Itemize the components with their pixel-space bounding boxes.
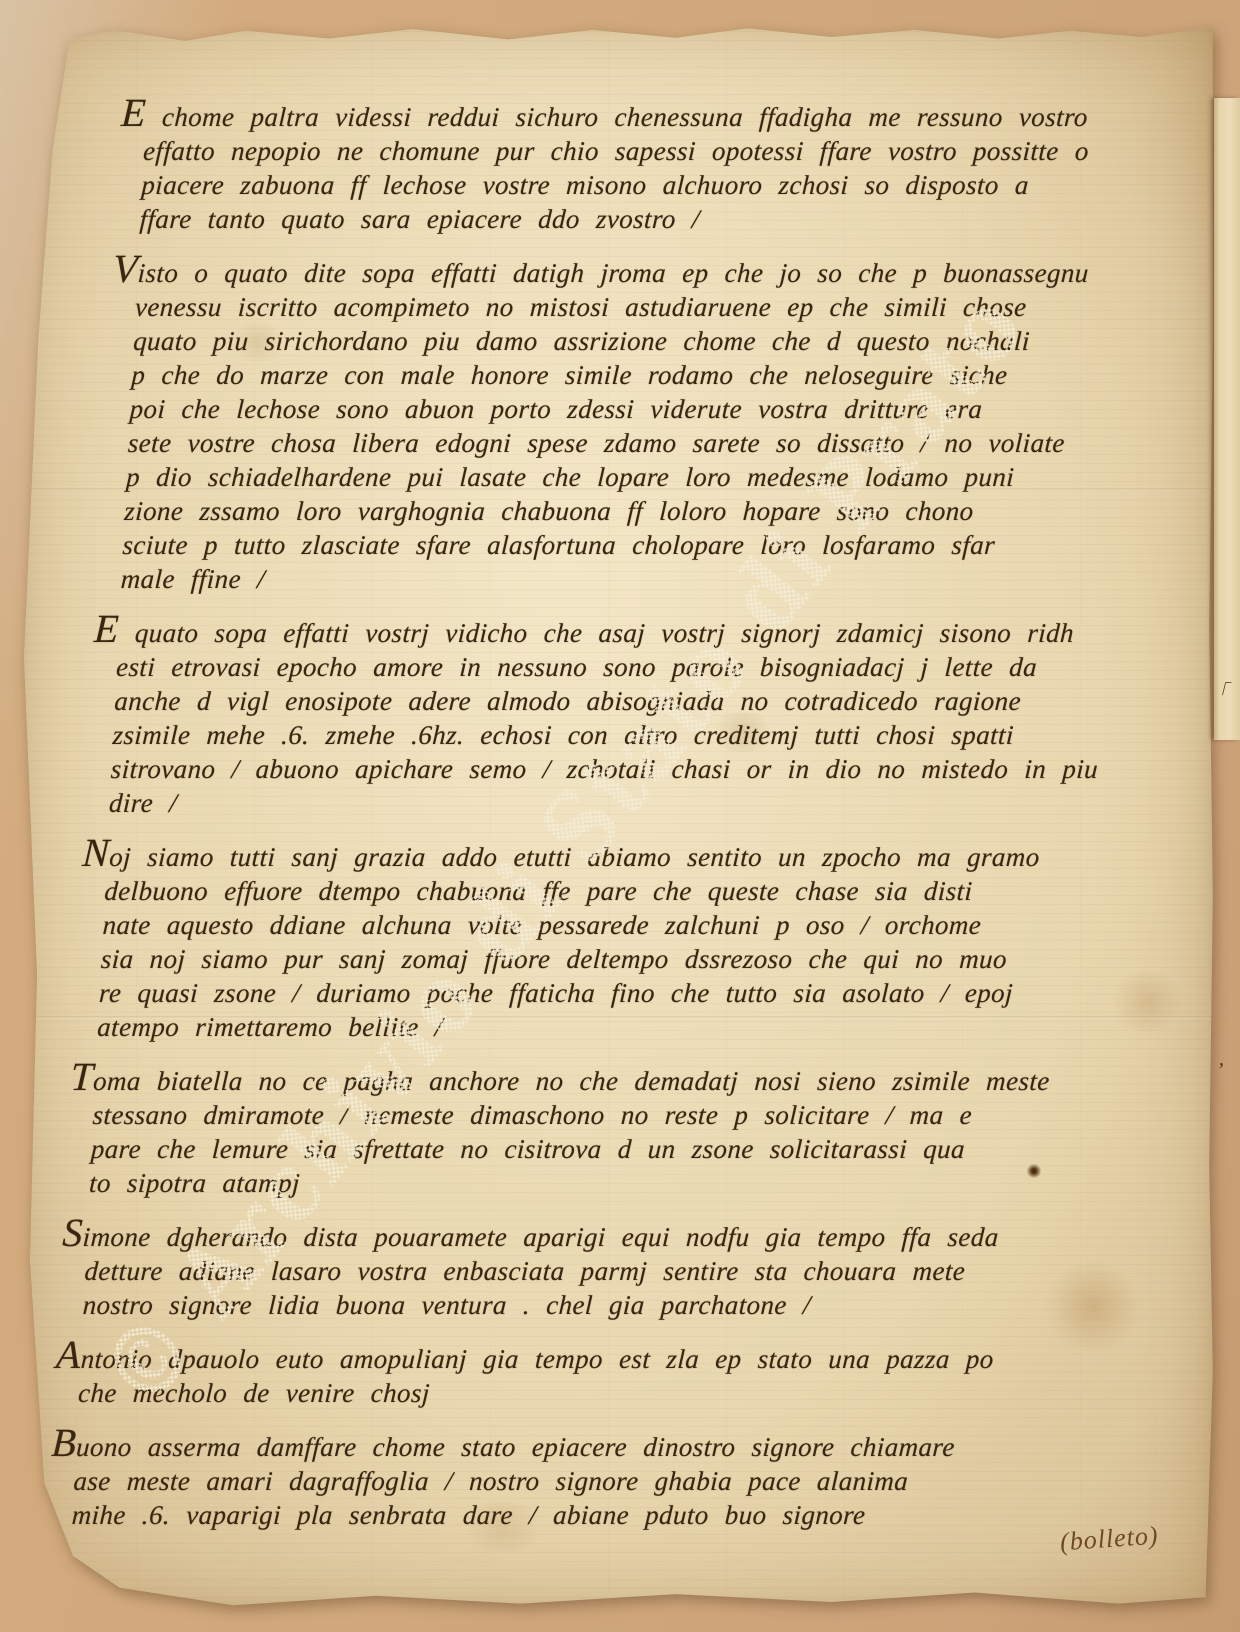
manuscript-line: atempo rimettaremo bellite / [96, 1010, 1179, 1044]
manuscript-line: Toma biatella no ce pagha anchore no che… [70, 1062, 1177, 1098]
manuscript-page-wrap: E chome paltra videssi reddui sichuro ch… [18, 22, 1218, 1614]
manuscript-line: che mecholo de venire chosj [77, 1376, 1160, 1410]
manuscript-line: dire / [108, 786, 1191, 820]
manuscript-line: zione zssamo loro varghognia chabuona ff… [124, 494, 1207, 528]
manuscript-line: p che do marze con male honore simile ro… [131, 358, 1214, 392]
manuscript-line: male ffine / [120, 562, 1203, 596]
manuscript-paragraph: Simone dgherando dista pouaramete aparig… [58, 1218, 1168, 1322]
adjacent-ink-mark: ‚ [1218, 1048, 1225, 1071]
closing-annotation: (bolleto) [1059, 1521, 1159, 1558]
manuscript-line: ase meste amari dagraffoglia / nostro si… [73, 1464, 1156, 1498]
manuscript-paragraph: Buono asserma damffare chome stato epiac… [47, 1428, 1157, 1532]
manuscript-line: mihe .6. vaparigi pla senbrata dare / ab… [71, 1498, 1154, 1532]
manuscript-line: poi che lechose sono abuon porto zdessi … [129, 392, 1212, 426]
manuscript-line: anche d vigl enosipote adere almodo abis… [114, 684, 1197, 718]
manuscript-line: sitrovano / abuono apichare semo / zchot… [110, 752, 1193, 786]
manuscript-paragraph: Toma biatella no ce pagha anchore no che… [64, 1062, 1176, 1200]
manuscript-paragraph: Visto o quato dite sopa effatti datigh j… [96, 254, 1219, 596]
manuscript-paragraph: Noj siamo tutti sanj grazia addo etutti … [72, 838, 1188, 1044]
manuscript-line: stessano dmiramote / nemeste dimaschono … [92, 1098, 1175, 1132]
manuscript-paragraph: E quato sopa effatti vostrj vidicho che … [84, 614, 1200, 820]
manuscript-line: to sipotra atampj [88, 1166, 1171, 1200]
scan-background: E chome paltra videssi reddui sichuro ch… [0, 0, 1240, 1632]
manuscript-line: zsimile mehe .6. zmehe .6hz. echosi con … [112, 718, 1195, 752]
manuscript-line: Buono asserma damffare chome stato epiac… [50, 1428, 1157, 1464]
manuscript-line: ffare tanto quato sara epiacere ddo zvos… [139, 202, 1222, 236]
manuscript-text: E chome paltra videssi reddui sichuro ch… [46, 98, 1227, 1550]
manuscript-line: detture adiane lasaro vostra enbasciata … [84, 1254, 1167, 1288]
manuscript-line: E quato sopa effatti vostrj vidicho che … [93, 614, 1200, 650]
manuscript-line: E chome paltra videssi reddui sichuro ch… [120, 98, 1227, 134]
adjacent-ink-mark: ｢ [1218, 676, 1228, 705]
manuscript-line: sete vostre chosa libera edogni spese zd… [127, 426, 1210, 460]
manuscript-line: sia noj siamo pur sanj zomaj ffuore delt… [100, 942, 1183, 976]
manuscript-line: Noj siamo tutti sanj grazia addo etutti … [81, 838, 1188, 874]
manuscript-line: pare che lemure sia sfrettate no cisitro… [90, 1132, 1173, 1166]
manuscript-line: Visto o quato dite sopa effatti datigh j… [112, 254, 1219, 290]
manuscript-line: nate aquesto ddiane alchuna volte pessar… [102, 908, 1185, 942]
manuscript-line: venessu iscritto acompimeto no mistosi a… [134, 290, 1217, 324]
manuscript-line: p dio schiadelhardene pui lasate che lop… [125, 460, 1208, 494]
manuscript-line: re quasi zsone / duriamo poche ffaticha … [98, 976, 1181, 1010]
manuscript-line: esti etrovasi epocho amore in nessuno so… [115, 650, 1198, 684]
manuscript-line: effatto nepopio ne chomune pur chio sape… [142, 134, 1225, 168]
manuscript-line: delbuono effuore dtempo chabuona ffe par… [104, 874, 1187, 908]
manuscript-line: quato piu sirichordano piu damo assrizio… [132, 324, 1215, 358]
manuscript-line: Antonio dpauolo euto amopulianj gia temp… [55, 1340, 1162, 1376]
manuscript-line: piacere zabuona ff lechose vostre misono… [141, 168, 1224, 202]
manuscript-line: Simone dgherando dista pouaramete aparig… [61, 1218, 1168, 1254]
manuscript-paragraph: Antonio dpauolo euto amopulianj gia temp… [53, 1340, 1162, 1410]
manuscript-line: sciute p tutto zlasciate sfare alasfortu… [122, 528, 1205, 562]
manuscript-paragraph: E chome paltra videssi reddui sichuro ch… [115, 98, 1227, 236]
manuscript-line: nostro signore lidia buona ventura . che… [82, 1288, 1165, 1322]
manuscript-page: E chome paltra videssi reddui sichuro ch… [18, 22, 1214, 1610]
adjacent-page-edge: ｢ ‚ [1214, 98, 1240, 740]
